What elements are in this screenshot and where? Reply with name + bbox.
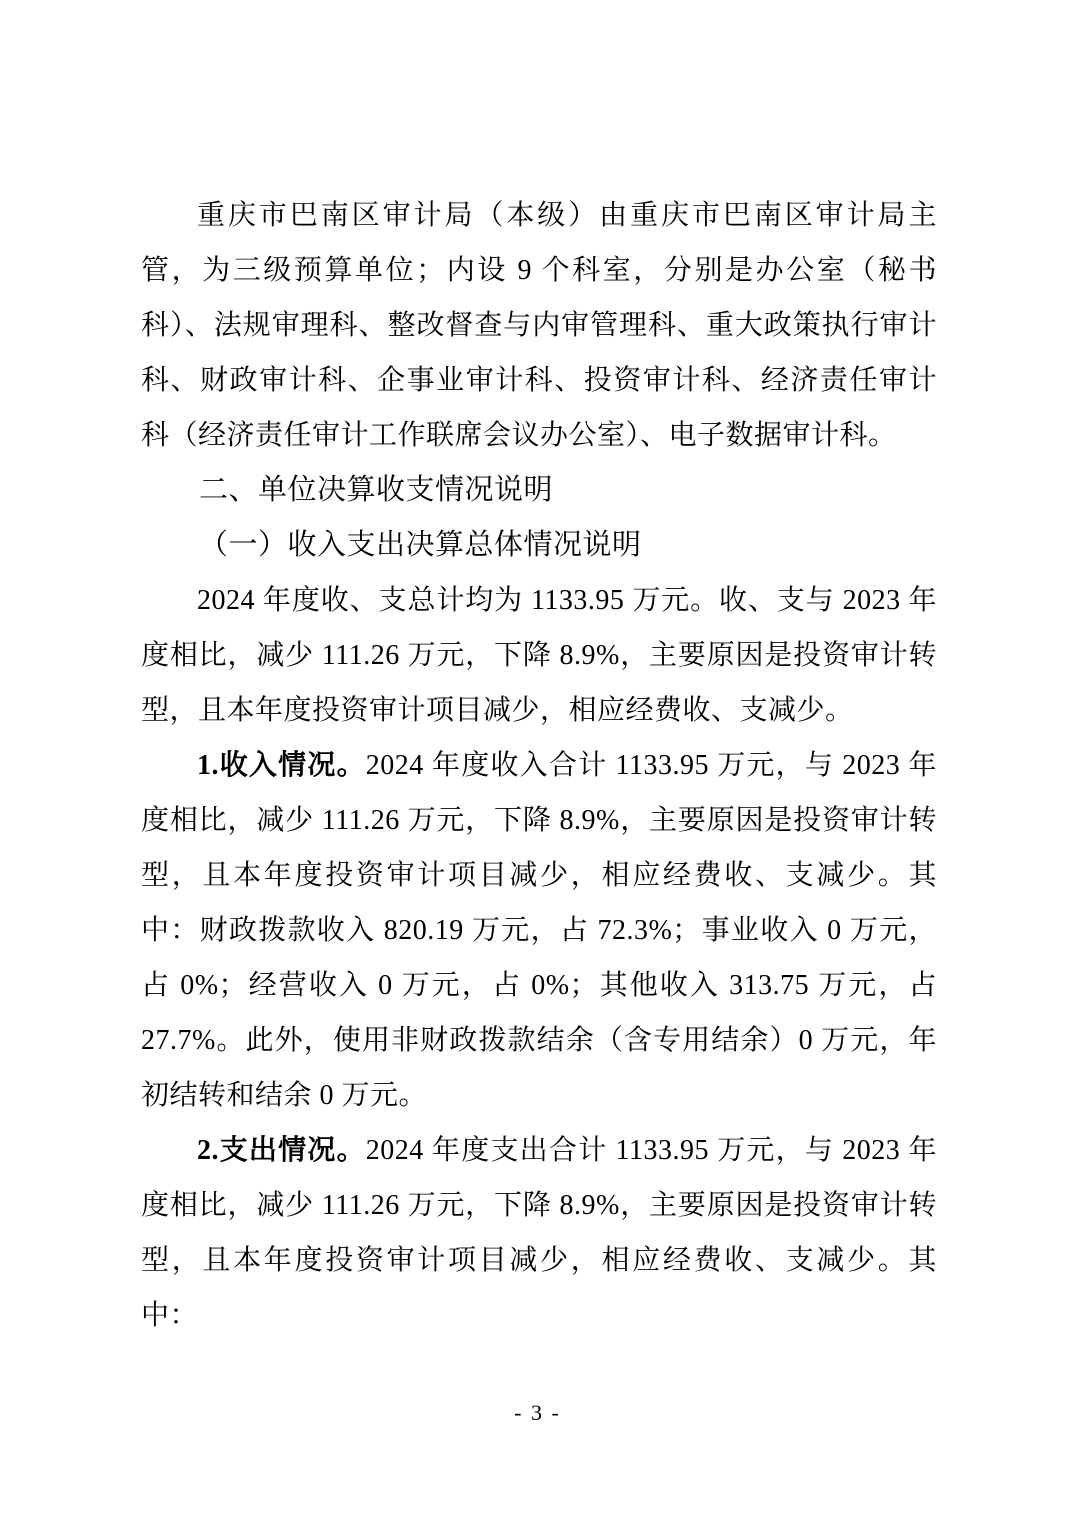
document-page: 重庆市巴南区审计局（本级）由重庆市巴南区审计局主管，为三级预算单位；内设 9 个… [0,0,1075,1520]
income-text: 2024 年度收入合计 1133.95 万元，与 2023 年度相比，减少 11… [141,750,937,1111]
subsection-heading-overall-revenue-expenditure: （一）收入支出决算总体情况说明 [141,518,937,573]
document-content: 重庆市巴南区审计局（本级）由重庆市巴南区审计局主管，为三级预算单位；内设 9 个… [141,188,937,1343]
paragraph-org-overview: 重庆市巴南区审计局（本级）由重庆市巴南区审计局主管，为三级预算单位；内设 9 个… [141,188,937,463]
paragraph-income: 1.收入情况。2024 年度收入合计 1133.95 万元，与 2023 年度相… [141,738,937,1123]
paragraph-expenditure: 2.支出情况。2024 年度支出合计 1133.95 万元，与 2023 年度相… [141,1123,937,1343]
income-label: 1.收入情况。 [197,750,366,781]
section-heading-unit-final-accounts: 二、单位决算收支情况说明 [141,463,937,518]
page-number: - 3 - [0,1398,1075,1428]
expenditure-label: 2.支出情况。 [197,1135,366,1166]
paragraph-total-revenue-expenditure: 2024 年度收、支总计均为 1133.95 万元。收、支与 2023 年度相比… [141,573,937,738]
